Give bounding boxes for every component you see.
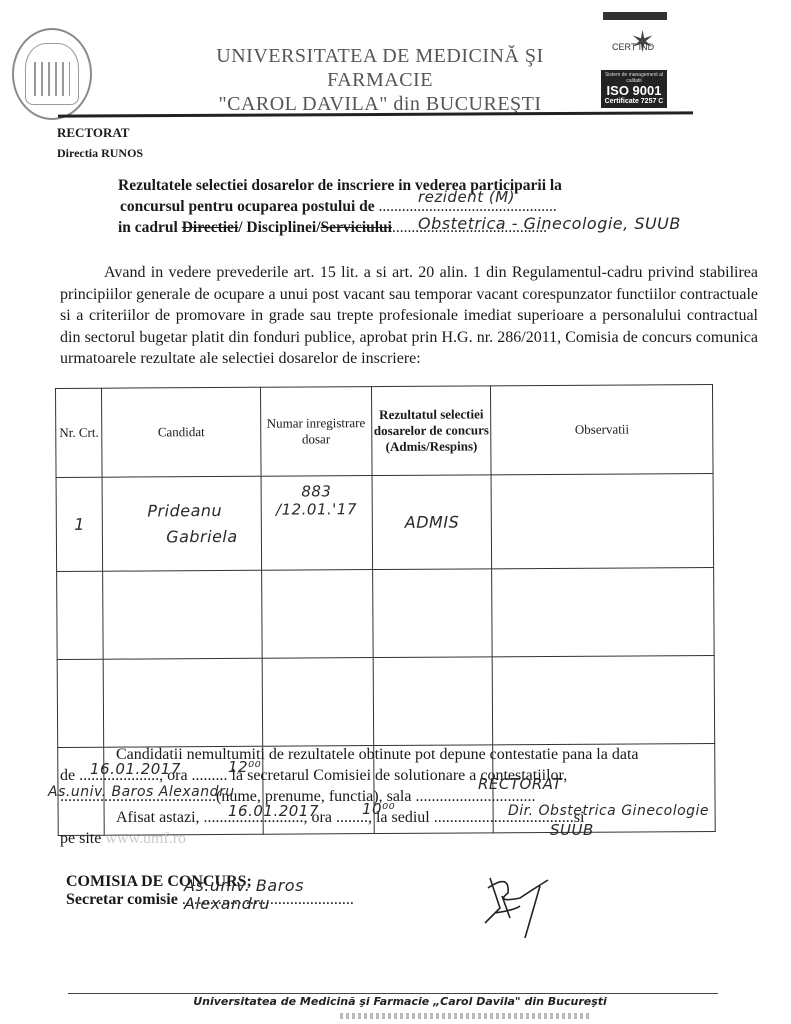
footer-university: Universitatea de Medicină şi Farmacie „C… — [150, 995, 650, 1008]
cell-candidat: Prideanu Gabriela — [103, 476, 262, 571]
title-line3: in cadrul Directiei/ Disciplinei/Servici… — [118, 217, 678, 238]
department-handwritten: Obstetrica - Ginecologie, SUUB — [418, 213, 681, 234]
table-row — [57, 567, 715, 659]
cell-numar — [262, 658, 374, 747]
header-observatii: Observatii — [491, 384, 713, 474]
posted-place-handwritten: Dir. Obstetrica Ginecologie — [508, 801, 709, 822]
cell-nr — [57, 659, 104, 747]
posted-hour-handwritten: 10⁰⁰ — [362, 799, 395, 820]
cell-nr — [57, 571, 104, 659]
certification-strip — [603, 12, 667, 20]
cell-observatii — [491, 473, 713, 568]
iso-9001-badge: Sistem de management al calitatii ISO 90… — [601, 70, 667, 108]
commission-block: COMISIA DE CONCURS; Secretar comisie ...… — [66, 873, 354, 909]
university-name: UNIVERSITATEA DE MEDICINĂ ŞI FARMACIE "C… — [165, 44, 595, 116]
header-numar-inregistrare: Numar inregistrare dosar — [260, 387, 372, 477]
sender-office: RECTORAT — [57, 125, 129, 141]
footer-divider — [68, 993, 718, 994]
posted-date-handwritten: 16.01.2017 — [228, 801, 319, 822]
secretary-name-handwritten: As.univ. Baros Alexandru — [48, 782, 235, 803]
title-line1: Rezultatele selectiei dosarelor de inscr… — [118, 175, 678, 196]
university-name-line1: UNIVERSITATEA DE MEDICINĂ ŞI FARMACIE — [165, 44, 595, 92]
secretary-line: Secretar comisie .......................… — [66, 891, 354, 909]
university-seal-logo — [12, 28, 92, 120]
posted-place2-handwritten: SUUB — [550, 820, 594, 841]
website-line: pe site www.umf.ro SUUB — [60, 828, 760, 849]
cell-rezultat: ADMIS — [372, 475, 492, 570]
deadline-hour-handwritten: 12⁰⁰ — [228, 757, 261, 778]
building-icon — [25, 43, 79, 105]
legal-basis-paragraph: Avand in vedere prevederile art. 15 lit.… — [60, 262, 758, 370]
header-rezultat: Rezultatul selectiei dosarelor de concur… — [371, 386, 491, 476]
signature-icon — [480, 868, 550, 938]
cell-observatii — [493, 655, 715, 744]
position-handwritten: rezident (M) — [418, 187, 515, 208]
cell-rezultat — [373, 657, 493, 746]
cell-observatii — [492, 567, 714, 656]
document-title: Rezultatele selectiei dosarelor de inscr… — [118, 175, 678, 238]
certind-logo: ✶ CERT IND — [612, 28, 664, 68]
header-divider — [58, 111, 693, 117]
contestation-section: Candidatii nemultumiti de rezultatele ob… — [60, 744, 760, 849]
cell-candidat — [103, 570, 262, 659]
footer-address-faded — [340, 1013, 590, 1019]
table-row: 1 Prideanu Gabriela 883 /12.01.'17 ADMIS — [56, 473, 714, 571]
room-handwritten: RECTORAT — [478, 774, 562, 795]
website-link[interactable]: www.umf.ro — [105, 830, 186, 847]
cell-nr: 1 — [56, 477, 103, 571]
deadline-date-handwritten: 16.01.2017 — [90, 759, 181, 780]
cell-numar: 883 /12.01.'17 — [261, 476, 373, 571]
cell-rezultat — [373, 569, 493, 658]
cell-candidat — [104, 658, 263, 747]
header-candidat: Candidat — [102, 387, 261, 477]
header-nr-crt: Nr. Crt. — [56, 388, 103, 477]
posted-line: Afisat astazi, .........................… — [60, 807, 760, 828]
table-row — [57, 655, 715, 747]
secretary-signature-name: As.univ. Baros Alexandru — [184, 877, 354, 913]
cell-numar — [261, 570, 373, 659]
table-header-row: Nr. Crt. Candidat Numar inregistrare dos… — [56, 384, 714, 477]
sender-department: Directia RUNOS — [57, 146, 143, 161]
